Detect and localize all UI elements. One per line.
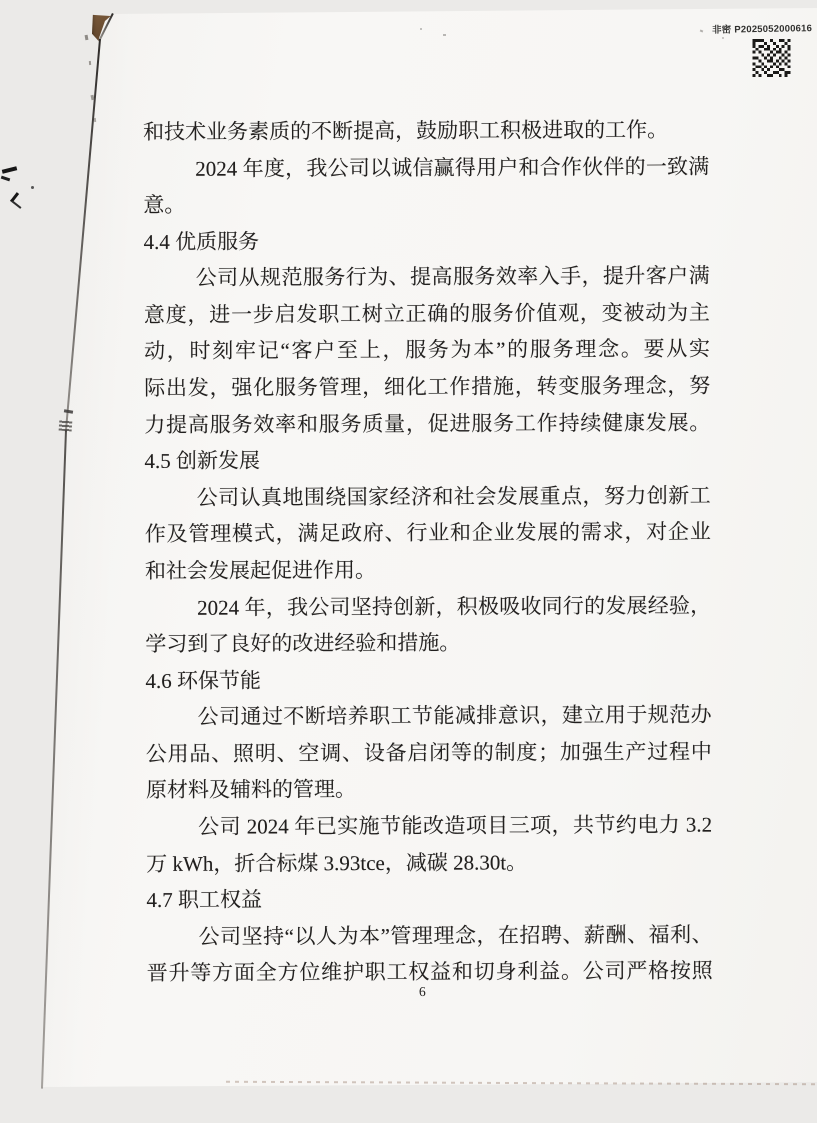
smudge-artifact <box>89 61 91 65</box>
classification-label: 非密 P2025052000616 <box>712 20 812 36</box>
doc-line: 2024 年，我公司坚持创新，积极吸收同行的发展经验， <box>145 587 711 626</box>
doc-line: 际出发，强化服务管理，细化工作措施，转变服务理念，努 <box>144 368 710 407</box>
speck-artifact <box>443 34 446 36</box>
doc-line: 和社会发展起促进作用。 <box>145 550 711 589</box>
doc-line: 公司认真地围绕国家经济和社会发展重点，努力创新工 <box>145 477 711 516</box>
doc-line: 作及管理模式，满足政府、行业和企业发展的需求，对企业 <box>145 514 711 553</box>
doc-line: 晋升等方面全方位维护职工权益和切身利益。公司严格按照 <box>147 953 713 992</box>
doc-line: 学习到了良好的改进经验和措施。 <box>145 624 711 663</box>
doc-line: 和技术业务素质的不断提高，鼓励职工积极进取的工作。 <box>143 112 709 151</box>
doc-line: 动，时刻牢记“客户至上，服务为本”的服务理念。要从实 <box>144 331 710 370</box>
qr-code-icon <box>752 39 791 77</box>
doc-line: 公司 2024 年已实施节能改造项目三项，共节约电力 3.2 <box>146 807 712 846</box>
doc-line: 原材料及辅料的管理。 <box>146 770 712 809</box>
doc-line: 意。 <box>143 185 709 224</box>
doc-line: 公司通过不断培养职工节能减排意识，建立用于规范办 <box>146 697 712 736</box>
document-text: 和技术业务素质的不断提高，鼓励职工积极进取的工作。 2024 年度，我公司以诚信… <box>143 112 713 992</box>
doc-line: 万 kWh，折合标煤 3.93tce，减碳 28.30t。 <box>146 843 712 882</box>
doc-line: 力提高服务效率和服务质量，促进服务工作持续健康发展。 <box>144 404 710 443</box>
smudge-artifact <box>94 118 96 122</box>
section-heading: 4.5 创新发展 <box>144 441 710 480</box>
smudge-artifact <box>85 35 89 40</box>
doc-line: 公司从规范服务行为、提高服务效率入手，提升客户满 <box>144 258 710 297</box>
doc-line: 公司坚持“以人为本”管理理念，在招聘、薪酬、福利、 <box>147 916 713 955</box>
edge-mark-artifact <box>31 186 34 189</box>
doc-line: 意度，进一步启发职工树立正确的服务价值观，变被动为主 <box>144 294 710 333</box>
edge-mark-artifact <box>10 192 27 209</box>
page-number: 6 <box>419 984 426 1000</box>
edge-mark-artifact <box>2 166 18 174</box>
scanned-document-page: 非密 P2025052000616 和技术业务素质的不断提高，鼓励职工积极进取的… <box>0 0 817 1123</box>
doc-line: 2024 年度，我公司以诚信赢得用户和合作伙伴的一致满 <box>143 148 709 187</box>
edge-mark-artifact <box>64 409 73 414</box>
edge-mark-artifact <box>1 176 10 182</box>
section-heading: 4.4 优质服务 <box>143 221 709 260</box>
speck-artifact <box>722 37 724 39</box>
section-heading: 4.6 环保节能 <box>145 660 711 699</box>
doc-line: 公用品、照明、空调、设备启闭等的制度；加强生产过程中 <box>146 733 712 772</box>
edge-mark-artifact <box>59 420 73 432</box>
speck-artifact <box>420 28 422 30</box>
section-heading: 4.7 职工权益 <box>146 880 712 919</box>
